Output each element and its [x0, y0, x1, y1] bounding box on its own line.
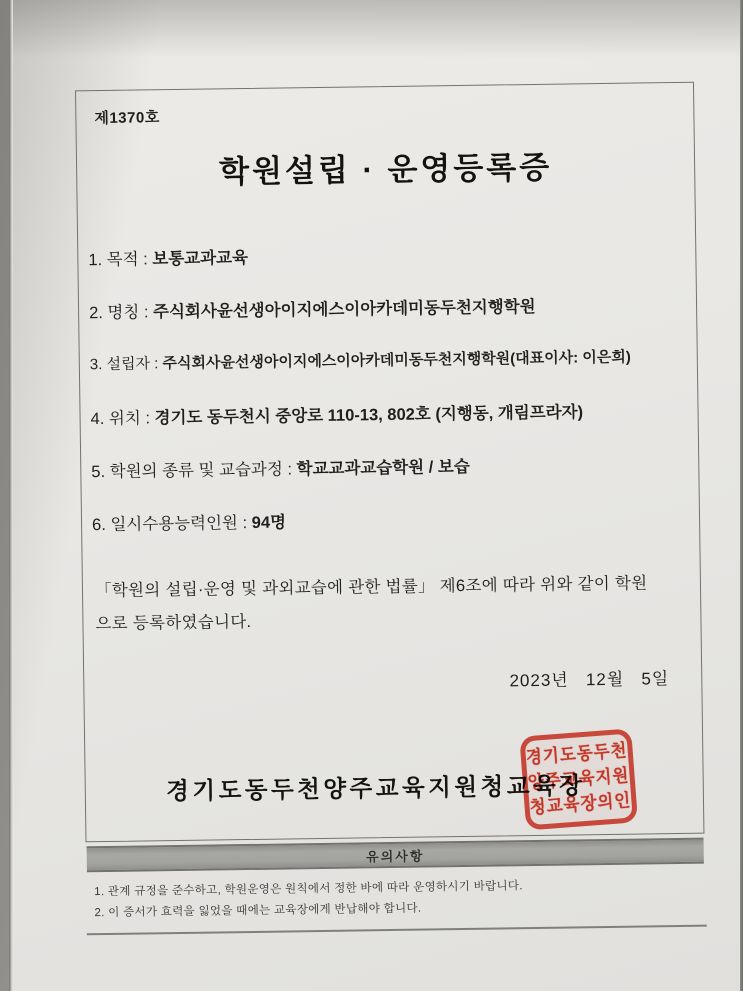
item-value: 보통교과교육: [152, 243, 248, 268]
certificate: 제1370호 학원설립 · 운영등록증 1. 목적 : 보통교과교육 2. 명칭…: [75, 82, 707, 953]
item-category: 5. 학원의 종류 및 교습과정 : 학교교과교습학원 / 보습: [91, 435, 697, 496]
item-founder: 3. 설립자 : 주식회사윤선생아이지에스이아카데미동두천지행학원(대표이사: …: [89, 329, 695, 390]
item-location: 4. 위치 : 경기도 동두천시 중앙로 110-13, 802호 (지행동, …: [90, 382, 696, 443]
item-label: 1. 목적 :: [88, 245, 152, 270]
statement-line: 으로 등록하였습니다.: [95, 600, 696, 641]
notice-header-bar: 유의사항: [87, 838, 704, 873]
certificate-items: 1. 목적 : 보통교과교육 2. 명칭 : 주식회사윤선생아이지에스이아카데미…: [88, 223, 697, 549]
item-label: 5. 학원의 종류 및 교습과정 :: [91, 455, 297, 482]
certificate-border: 제1370호 학원설립 · 운영등록증 1. 목적 : 보통교과교육 2. 명칭…: [75, 82, 704, 843]
item-capacity: 6. 일시수용능력인원 : 94명: [92, 488, 698, 549]
item-label: 6. 일시수용능력인원 :: [92, 508, 252, 534]
notice-list: 1. 관계 규정을 준수하고, 학원운영은 원칙에서 정한 바에 따라 운영하시…: [94, 874, 707, 925]
item-label: 4. 위치 :: [90, 404, 154, 429]
certificate-title: 학원설립 · 운영등록증: [77, 140, 695, 194]
certificate-number: 제1370호: [94, 106, 160, 128]
paper-sheet: 제1370호 학원설립 · 운영등록증 1. 목적 : 보통교과교육 2. 명칭…: [13, 0, 743, 991]
bottom-rule: [87, 925, 707, 936]
item-value: 경기도 동두천시 중앙로 110-13, 802호 (지행동, 개림프라자): [154, 398, 583, 428]
item-value: 주식회사윤선생아이지에스이아카데미동두천지행학원(대표이사: 이은희): [162, 346, 631, 374]
issue-date: 2023년 12월 5일: [509, 664, 669, 691]
item-value: 주식회사윤선생아이지에스이아카데미동두천지행학원: [153, 292, 536, 321]
item-value: 94명: [251, 508, 286, 532]
item-purpose: 1. 목적 : 보통교과교육: [88, 223, 694, 284]
photo-background: 제1370호 학원설립 · 운영등록증 1. 목적 : 보통교과교육 2. 명칭…: [0, 0, 743, 991]
item-value: 학교교과교습학원 / 보습: [296, 452, 469, 478]
item-name: 2. 명칭 : 주식회사윤선생아이지에스이아카데미동두천지행학원: [89, 276, 695, 337]
item-label: 2. 명칭 :: [89, 298, 153, 323]
item-label: 3. 설립자 :: [90, 352, 163, 374]
registration-statement: 「학원의 설립·운영 및 과외교습에 관한 법률」 제6조에 따라 위와 같이 …: [95, 567, 697, 641]
official-seal: 경기도동두천 양주교육지원 청교육장의인: [519, 728, 638, 830]
